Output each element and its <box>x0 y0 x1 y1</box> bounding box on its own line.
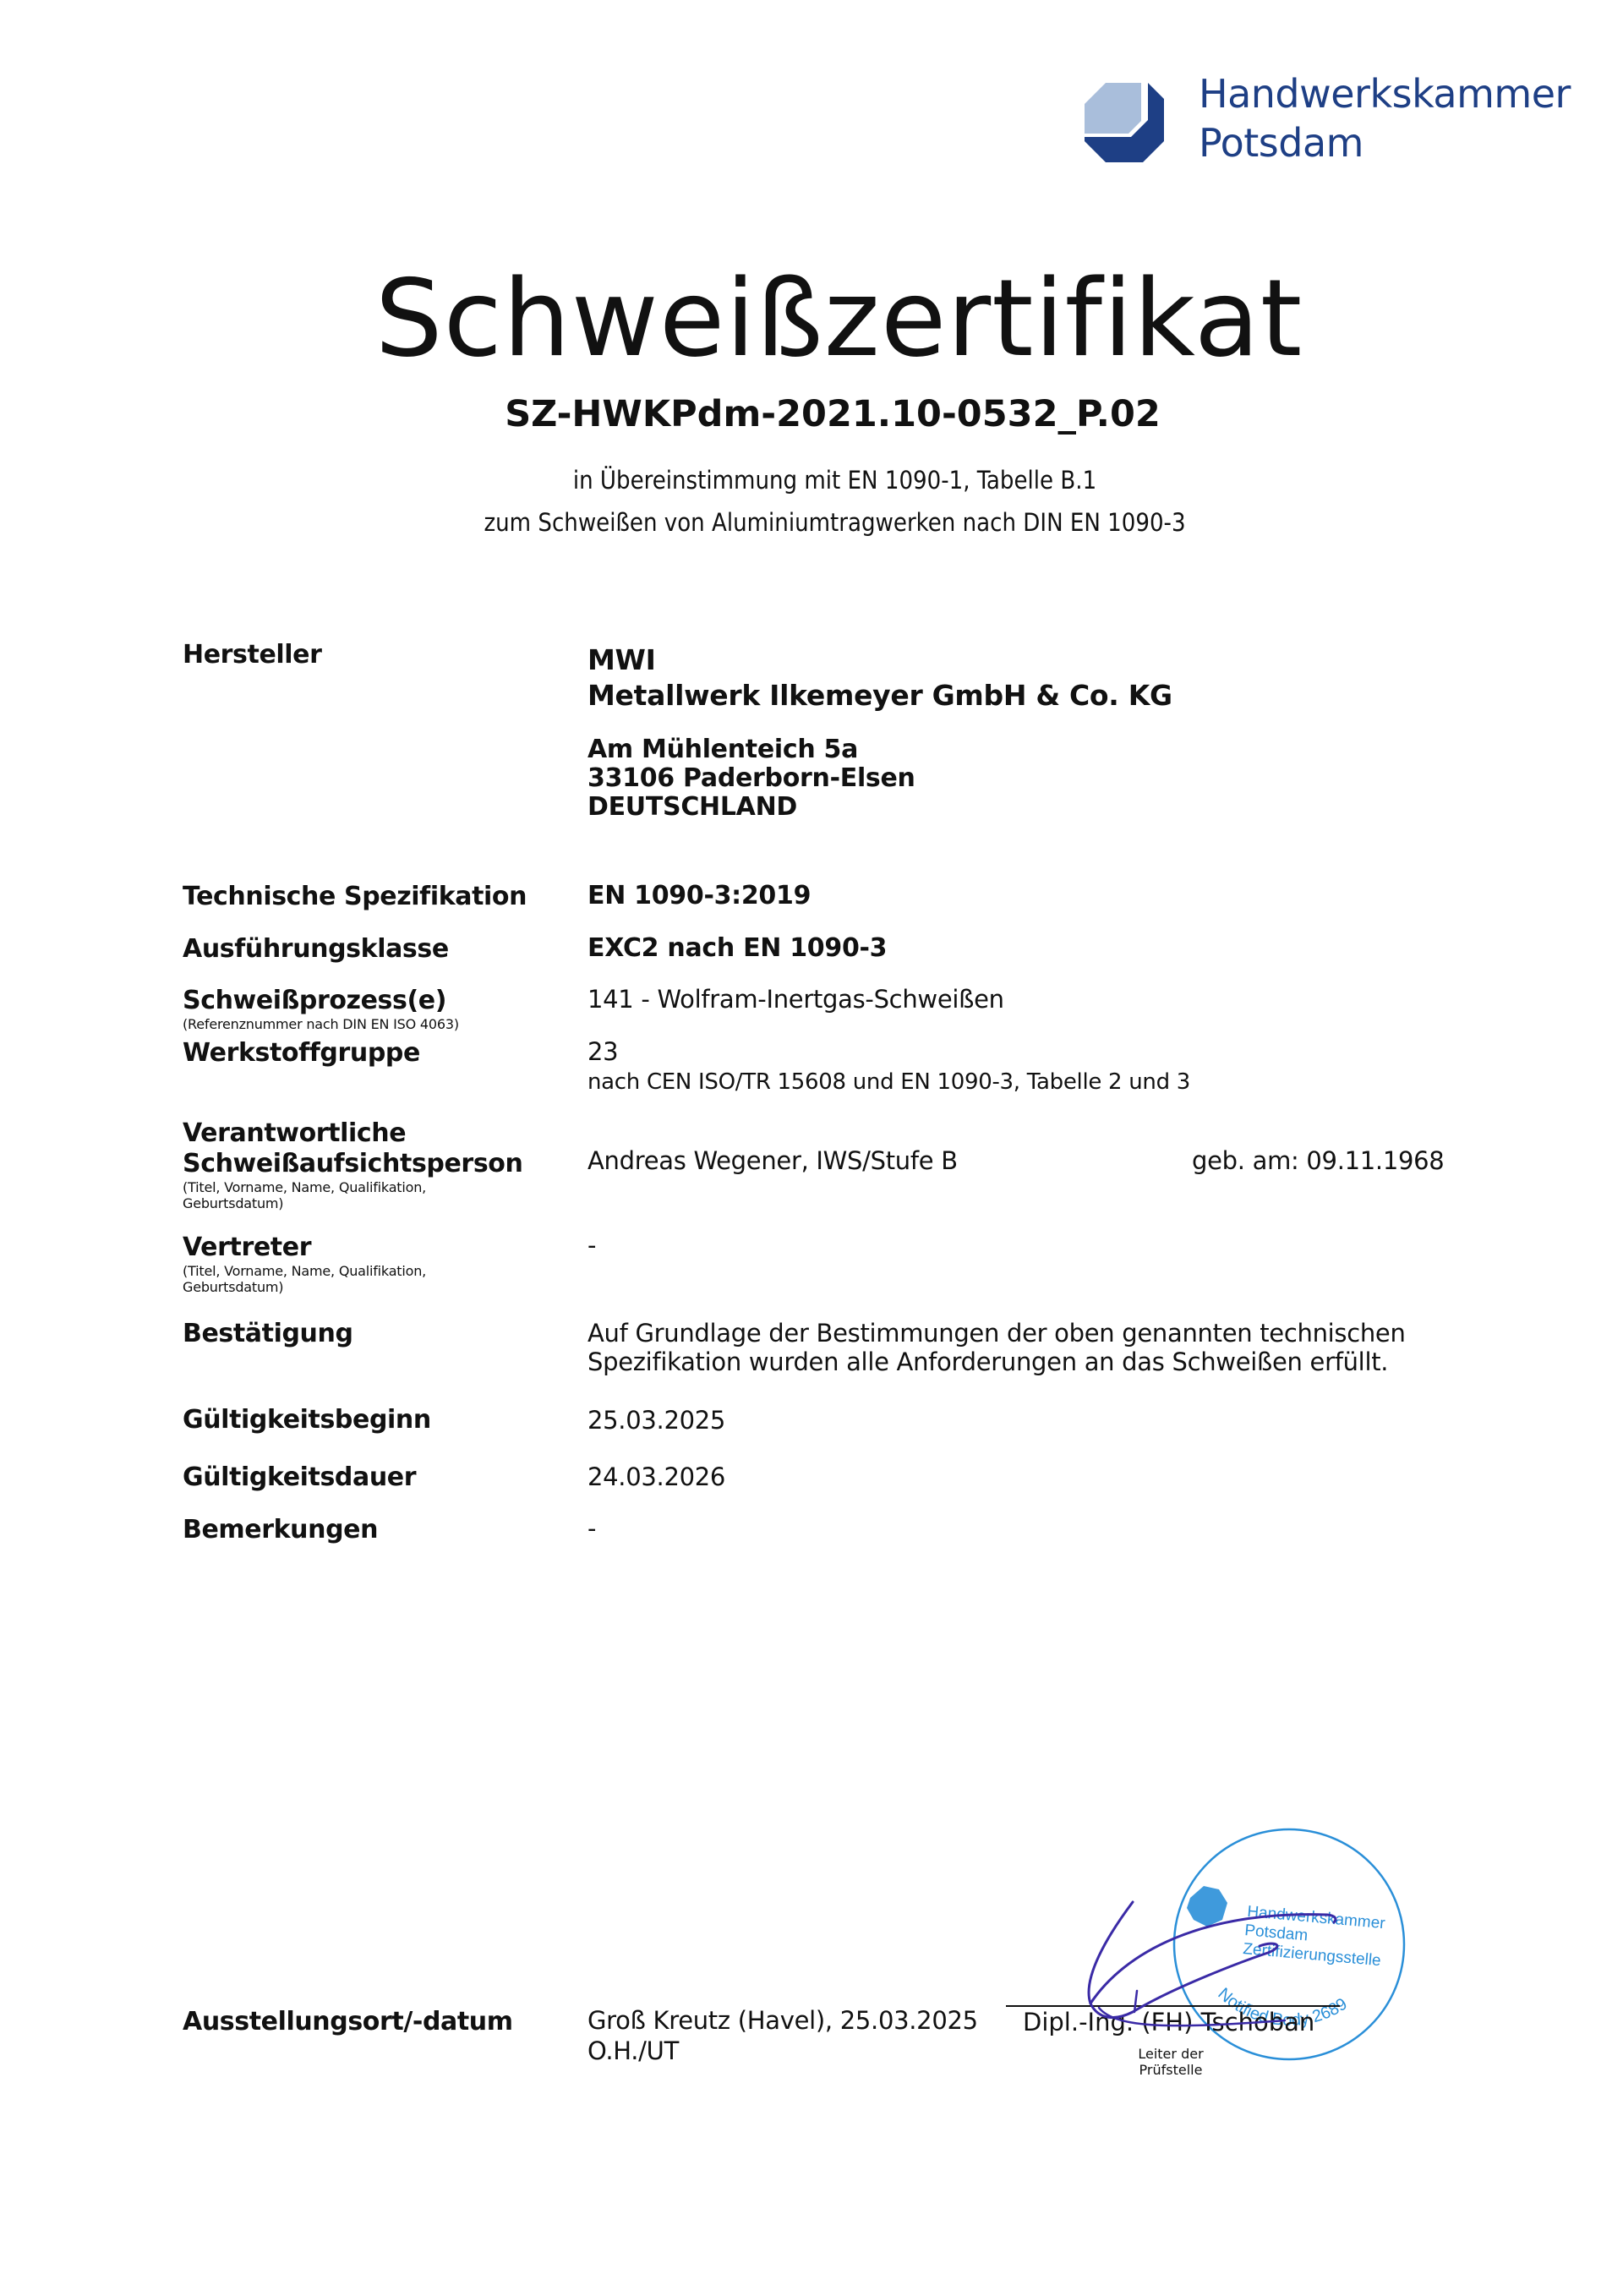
confirmation-label: Bestätigung <box>183 1319 353 1349</box>
responsible-person-label-line2: Schweißaufsichtsperson <box>183 1149 522 1179</box>
issue-reference: O.H./UT <box>587 2036 978 2066</box>
responsible-person-label-line1: Verantwortliche <box>183 1118 522 1149</box>
confirmation-line1: Auf Grundlage der Bestimmungen der oben … <box>587 1319 1406 1348</box>
welding-process-label-text: Schweißprozess(e) <box>183 986 446 1015</box>
org-name-line2: Potsdam <box>1199 118 1571 167</box>
org-name: Handwerkskammer Potsdam <box>1199 69 1571 167</box>
issue-value: Groß Kreutz (Havel), 25.03.2025 O.H./UT <box>587 2005 978 2066</box>
document-title: Schweißzertifikat <box>0 255 1623 382</box>
material-group-label: Werkstoffgruppe <box>183 1038 420 1069</box>
confirmation-value: Auf Grundlage der Bestimmungen der oben … <box>587 1319 1406 1376</box>
valid-from-value: 25.03.2025 <box>587 1405 725 1435</box>
manufacturer-address: Am Mühlenteich 5a 33106 Paderborn-Elsen … <box>587 735 915 822</box>
welding-process-label: Schweißprozess(e) (Referenznummer nach D… <box>183 986 459 1032</box>
subtitle-line-1: in Übereinstimmung mit EN 1090-1, Tabell… <box>0 463 1623 497</box>
certificate-number: SZ-HWKPdm-2021.10-0532_P.02 <box>0 391 1623 438</box>
signatory-role: Leiter der Prüfstelle <box>1116 2046 1226 2078</box>
issue-place-date: Groß Kreutz (Havel), 25.03.2025 <box>587 2005 978 2036</box>
address-country: DEUTSCHLAND <box>587 793 915 822</box>
subtitle-line-2: zum Schweißen von Aluminiumtragwerken na… <box>0 506 1623 539</box>
remarks-label: Bemerkungen <box>183 1515 378 1545</box>
material-group-value: 23 <box>587 1036 618 1067</box>
issue-label: Ausstellungsort/-datum <box>183 2007 513 2037</box>
manufacturer-short-name: MWI <box>587 642 1172 678</box>
hwk-logo-icon <box>1082 80 1167 165</box>
deputy-hint-2: Geburtsdatum) <box>183 1279 426 1295</box>
signatory-role-line1: Leiter der <box>1116 2046 1226 2062</box>
technical-spec-label: Technische Spezifikation <box>183 882 527 912</box>
remarks-value: - <box>587 1513 596 1544</box>
manufacturer-label: Hersteller <box>183 640 322 670</box>
responsible-person-birthdate: geb. am: 09.11.1968 <box>1192 1145 1444 1176</box>
address-street: Am Mühlenteich 5a <box>587 735 915 764</box>
valid-from-label: Gültigkeitsbeginn <box>183 1405 431 1435</box>
responsible-person-hint-2: Geburtsdatum) <box>183 1195 522 1211</box>
org-name-line1: Handwerkskammer <box>1199 69 1571 118</box>
deputy-label-text: Vertreter <box>183 1233 426 1263</box>
deputy-label: Vertreter (Titel, Vorname, Name, Qualifi… <box>183 1233 426 1295</box>
responsible-person-value: Andreas Wegener, IWS/Stufe B <box>587 1145 958 1176</box>
confirmation-line2: Spezifikation wurden alle Anforderungen … <box>587 1348 1406 1376</box>
welding-process-hint: (Referenznummer nach DIN EN ISO 4063) <box>183 1016 459 1032</box>
valid-until-value: 24.03.2026 <box>587 1462 725 1492</box>
responsible-person-label: Verantwortliche Schweißaufsichtsperson (… <box>183 1118 522 1211</box>
responsible-person-hint-1: (Titel, Vorname, Name, Qualifikation, <box>183 1179 522 1195</box>
material-group-note: nach CEN ISO/TR 15608 und EN 1090-3, Tab… <box>587 1067 1190 1097</box>
technical-spec-value: EN 1090-3:2019 <box>587 881 811 911</box>
valid-until-label: Gültigkeitsdauer <box>183 1462 416 1493</box>
manufacturer-name: MWI Metallwerk Ilkemeyer GmbH & Co. KG <box>587 642 1172 713</box>
handwritten-signature-icon <box>1074 1894 1344 2037</box>
address-city: 33106 Paderborn-Elsen <box>587 764 915 793</box>
signatory-role-line2: Prüfstelle <box>1116 2062 1226 2078</box>
manufacturer-full-name: Metallwerk Ilkemeyer GmbH & Co. KG <box>587 678 1172 713</box>
deputy-hint-1: (Titel, Vorname, Name, Qualifikation, <box>183 1263 426 1279</box>
deputy-value: - <box>587 1230 596 1260</box>
execution-class-value: EXC2 nach EN 1090-3 <box>587 933 887 964</box>
execution-class-label: Ausführungsklasse <box>183 934 449 965</box>
welding-process-value: 141 - Wolfram-Inertgas-Schweißen <box>587 984 1004 1014</box>
